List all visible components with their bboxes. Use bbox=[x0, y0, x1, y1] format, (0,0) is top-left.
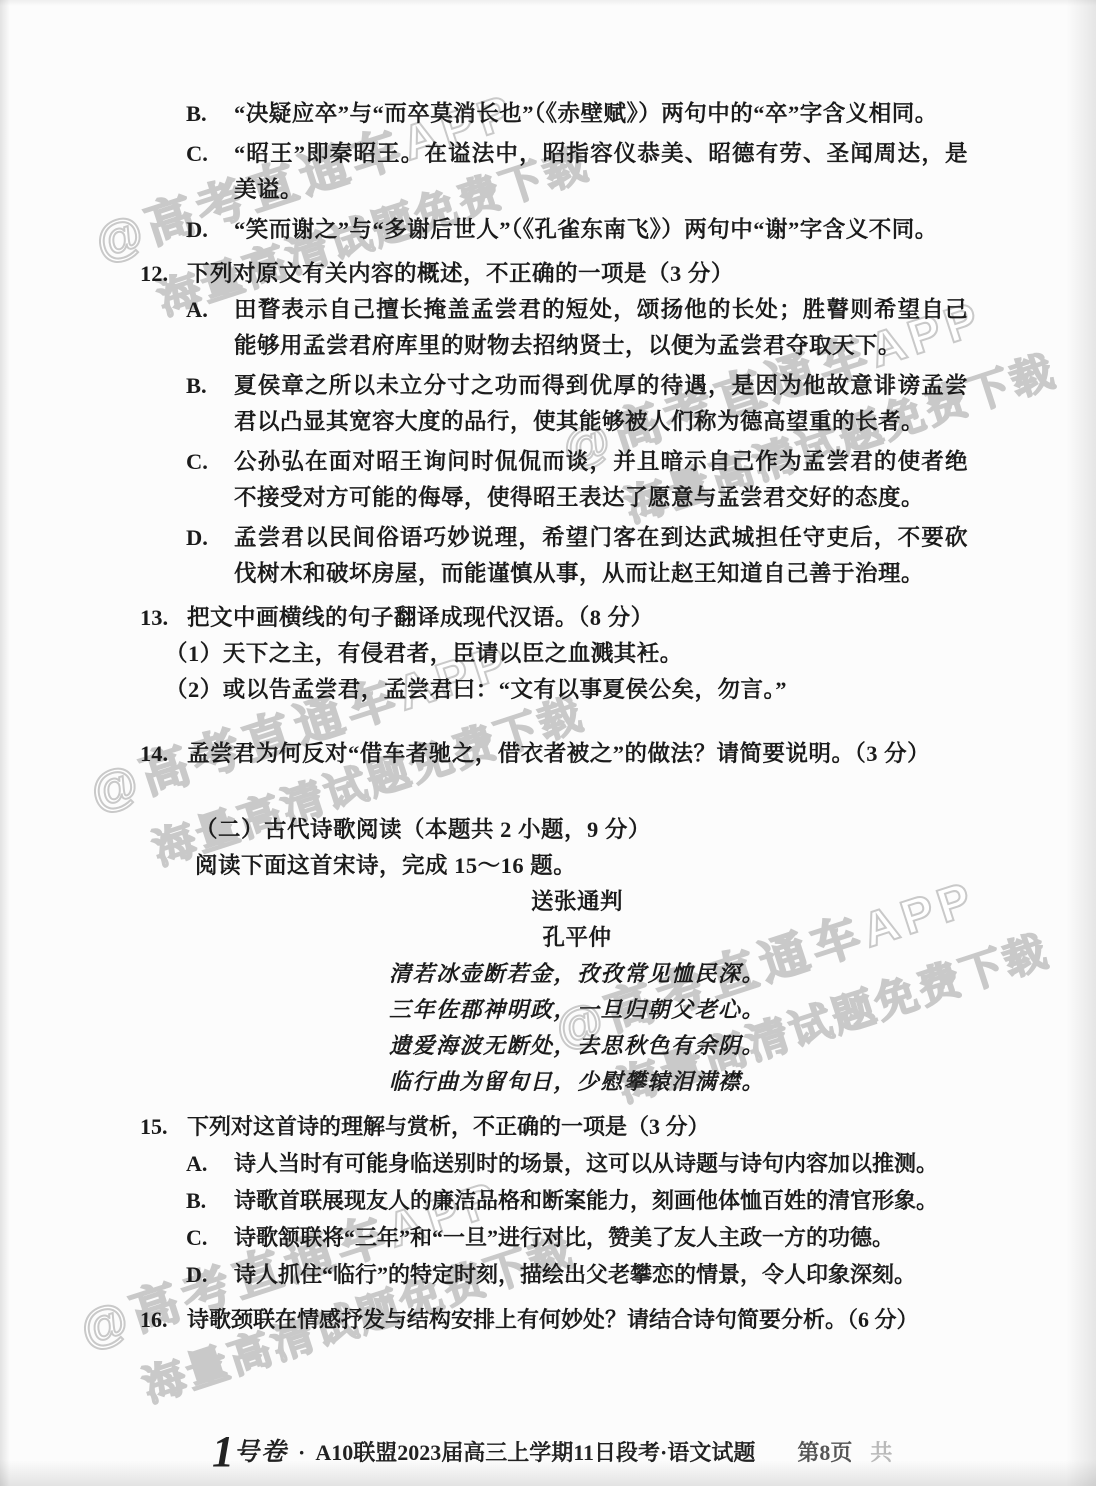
option-letter: D. bbox=[186, 212, 208, 248]
question-13-stem: 13.把文中画横线的句子翻译成现代汉语。（8 分） bbox=[140, 600, 968, 636]
question-12-stem: 12.下列对原文有关内容的概述，不正确的一项是（3 分） bbox=[140, 256, 968, 292]
question-stem-text: 诗歌颈联在情感抒发与结构安排上有何妙处？请结合诗句简要分析。（6 分） bbox=[187, 1307, 919, 1332]
option-text: “笑而谢之”与“多谢后世人”（《孔雀东南飞》）两句中“谢”字含义不同。 bbox=[234, 217, 938, 242]
q15-option-d: D.诗人抓住“临行”的特定时刻，描绘出父老攀恋的情景，令人印象深刻。 bbox=[140, 1256, 968, 1293]
option-text: 诗歌首联展现友人的廉洁品格和断案能力，刻画他体恤百姓的清官形象。 bbox=[234, 1188, 938, 1213]
option-letter: B. bbox=[186, 1182, 206, 1219]
q11-option-b: B.“决疑应卒”与“而卒莫消长也”（《赤壁赋》）两句中的“卒”字含义相同。 bbox=[140, 96, 968, 132]
q12-option-c: C.公孙弘在面对昭王询问时侃侃而谈，并且暗示自己作为孟尝君的使者绝不接受对方可能… bbox=[140, 444, 968, 516]
question-stem-text: 孟尝君为何反对“借车者驰之，借衣者被之”的做法？请简要说明。（3 分） bbox=[187, 741, 930, 766]
question-number: 14. bbox=[140, 736, 168, 772]
section-2-heading: （二）古代诗歌阅读（本题共 2 小题，9 分） bbox=[140, 812, 968, 848]
option-text: “昭王”即秦昭王。在谥法中，昭指容仪恭美、昭德有劳、圣闻周达，是美谥。 bbox=[234, 141, 968, 202]
option-letter: D. bbox=[186, 520, 208, 556]
option-letter: C. bbox=[186, 136, 208, 172]
option-letter: A. bbox=[186, 292, 208, 328]
option-text: 孟尝君以民间俗语巧妙说理，希望门客在到达武城担任守吏后，不要砍伐树木和破坏房屋，… bbox=[234, 525, 968, 586]
q15-option-c: C.诗歌颔联将“三年”和“一旦”进行对比，赞美了友人主政一方的功德。 bbox=[140, 1219, 968, 1256]
exam-content: B.“决疑应卒”与“而卒莫消长也”（《赤壁赋》）两句中的“卒”字含义相同。 C.… bbox=[0, 0, 1096, 1338]
q13-item-1: （1）天下之主，有侵君者，臣请以臣之血溅其衽。 bbox=[140, 636, 968, 672]
q15-option-b: B.诗歌首联展现友人的廉洁品格和断案能力，刻画他体恤百姓的清官形象。 bbox=[140, 1182, 968, 1219]
poem-line-4: 临行曲为留旬日，少慰攀辕泪满襟。 bbox=[186, 1064, 968, 1100]
question-number: 13. bbox=[140, 600, 168, 636]
option-text: “决疑应卒”与“而卒莫消长也”（《赤壁赋》）两句中的“卒”字含义相同。 bbox=[234, 101, 938, 126]
question-16-stem: 16.诗歌颈联在情感抒发与结构安排上有何妙处？请结合诗句简要分析。（6 分） bbox=[140, 1301, 968, 1338]
option-letter: A. bbox=[186, 1145, 207, 1182]
option-text: 田瞀表示自己擅长掩盖孟尝君的短处，颂扬他的长处；胜瞽则希望自己能够用孟尝君府库里… bbox=[234, 297, 968, 358]
option-letter: B. bbox=[186, 368, 207, 404]
q12-option-d: D.孟尝君以民间俗语巧妙说理，希望门客在到达武城担任守吏后，不要砍伐树木和破坏房… bbox=[140, 520, 968, 592]
page-edge-left bbox=[0, 0, 10, 1486]
poem-line-1: 清若冰壶断若金，孜孜常见恤民深。 bbox=[186, 956, 968, 992]
question-number: 12. bbox=[140, 256, 168, 292]
option-text: 诗歌颔联将“三年”和“一旦”进行对比，赞美了友人主政一方的功德。 bbox=[234, 1225, 894, 1250]
page-edge-bottom bbox=[0, 1460, 1096, 1486]
exam-paper-page: @高考直通车APP 海量高清试题免费下载 @高考直通车APP 海量高清试题免费下… bbox=[0, 0, 1096, 1486]
page-edge-top bbox=[0, 0, 1096, 6]
question-number: 15. bbox=[140, 1108, 168, 1145]
question-stem-text: 下列对原文有关内容的概述，不正确的一项是（3 分） bbox=[187, 261, 734, 286]
page-edge-right bbox=[1066, 0, 1096, 1486]
section-2-intro: 阅读下面这首宋诗，完成 15～16 题。 bbox=[140, 848, 968, 884]
q13-item-2: （2）或以告孟尝君，孟尝君曰：“文有以事夏侯公矣，勿言。” bbox=[140, 672, 968, 708]
question-15-stem: 15.下列对这首诗的理解与赏析，不正确的一项是（3 分） bbox=[140, 1108, 968, 1145]
q15-option-a: A.诗人当时有可能身临送别时的场景，这可以从诗题与诗句内容加以推测。 bbox=[140, 1145, 968, 1182]
question-stem-text: 把文中画横线的句子翻译成现代汉语。（8 分） bbox=[187, 605, 654, 630]
option-letter: C. bbox=[186, 444, 208, 480]
option-text: 夏侯章之所以未立分寸之功而得到优厚的待遇，是因为他故意诽谤孟尝君以凸显其宽容大度… bbox=[234, 373, 968, 434]
question-stem-text: 下列对这首诗的理解与赏析，不正确的一项是（3 分） bbox=[187, 1114, 710, 1139]
q12-option-a: A.田瞀表示自己擅长掩盖孟尝君的短处，颂扬他的长处；胜瞽则希望自己能够用孟尝君府… bbox=[140, 292, 968, 364]
q12-option-b: B.夏侯章之所以未立分寸之功而得到优厚的待遇，是因为他故意诽谤孟尝君以凸显其宽容… bbox=[140, 368, 968, 440]
q11-option-d: D.“笑而谢之”与“多谢后世人”（《孔雀东南飞》）两句中“谢”字含义不同。 bbox=[140, 212, 968, 248]
option-text: 公孙弘在面对昭王询问时侃侃而谈，并且暗示自己作为孟尝君的使者绝不接受对方可能的侮… bbox=[234, 449, 968, 510]
option-letter: D. bbox=[186, 1256, 207, 1293]
q11-option-c: C.“昭王”即秦昭王。在谥法中，昭指容仪恭美、昭德有劳、圣闻周达，是美谥。 bbox=[140, 136, 968, 208]
poem-line-2: 三年佐郡神明政，一旦归朝父老心。 bbox=[186, 992, 968, 1028]
poem-author: 孔平仲 bbox=[186, 920, 968, 956]
poem-title: 送张通判 bbox=[186, 884, 968, 920]
option-letter: B. bbox=[186, 96, 207, 132]
question-14-stem: 14.孟尝君为何反对“借车者驰之，借衣者被之”的做法？请简要说明。（3 分） bbox=[140, 736, 968, 772]
poem-block: 送张通判 孔平仲 清若冰壶断若金，孜孜常见恤民深。 三年佐郡神明政，一旦归朝父老… bbox=[186, 884, 968, 1100]
option-text: 诗人当时有可能身临送别时的场景，这可以从诗题与诗句内容加以推测。 bbox=[234, 1151, 938, 1176]
poem-line-3: 遗爱海波无断处，去思秋色有余阴。 bbox=[186, 1028, 968, 1064]
question-number: 16. bbox=[140, 1301, 168, 1338]
option-text: 诗人抓住“临行”的特定时刻，描绘出父老攀恋的情景，令人印象深刻。 bbox=[234, 1262, 916, 1287]
option-letter: C. bbox=[186, 1219, 207, 1256]
